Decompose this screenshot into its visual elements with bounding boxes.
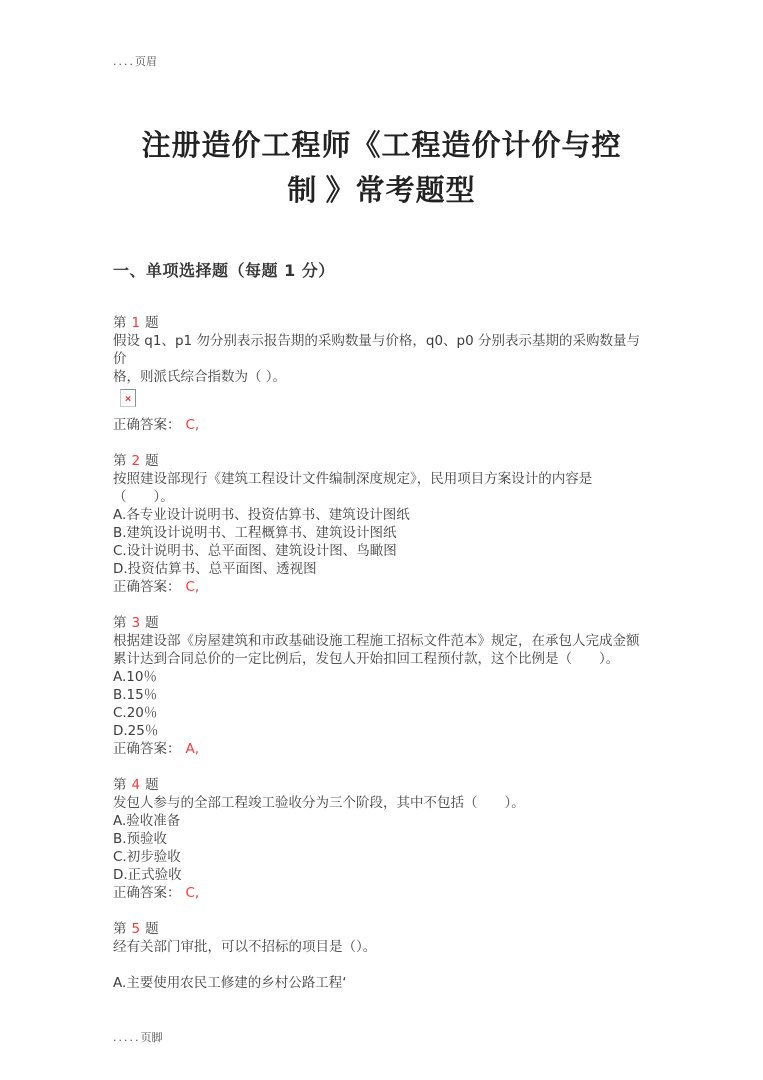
question-prefix: 第 <box>113 777 127 793</box>
blank-line <box>113 956 650 974</box>
question-number: 5 <box>132 921 141 937</box>
answer-value: C, <box>186 885 200 901</box>
page-title-line1: 注册造价工程师《工程造价计价与控 <box>113 124 650 169</box>
document-page: ....页眉 注册造价工程师《工程造价计价与控 制 》常考题型 一、单项选择题（… <box>0 0 763 1080</box>
question-option: C.20％ <box>113 704 650 722</box>
footer-label: 页脚 <box>140 1031 162 1044</box>
question-prefix: 第 <box>113 615 127 631</box>
question-suffix: 题 <box>145 921 159 937</box>
broken-image-icon: × <box>120 389 136 407</box>
question-option: C.设计说明书、总平面图、建筑设计图、鸟瞰图 <box>113 542 650 560</box>
question-number-label: 第5题 <box>113 920 650 938</box>
question-number-label: 第1题 <box>113 314 650 332</box>
question-block: 第3题根据建设部《房屋建筑和市政基础设施工程施工招标文件范本》规定，在承包人完成… <box>113 614 650 758</box>
question-option: A.验收准备 <box>113 812 650 830</box>
answer-line: 正确答案：C, <box>113 416 650 434</box>
questions-list: 第1题假设 q1、p1 勿分别表示报告期的采购数量与价格，q0、p0 分别表示基… <box>113 314 650 992</box>
question-text-line: 发包人参与的全部工程竣工验收分为三个阶段，其中不包括（ ）。 <box>113 794 650 812</box>
answer-line: 正确答案：C, <box>113 884 650 902</box>
question-block: 第4题发包人参与的全部工程竣工验收分为三个阶段，其中不包括（ ）。A.验收准备B… <box>113 776 650 902</box>
question-option: A.各专业设计说明书、投资估算书、建筑设计图纸 <box>113 506 650 524</box>
question-text-line: 根据建设部《房屋建筑和市政基础设施工程施工招标文件范本》规定，在承包人完成金额 <box>113 632 650 650</box>
question-number-label: 第2题 <box>113 452 650 470</box>
question-text-line: 假设 q1、p1 勿分别表示报告期的采购数量与价格，q0、p0 分别表示基期的采… <box>113 332 650 368</box>
question-prefix: 第 <box>113 453 127 469</box>
question-suffix: 题 <box>145 315 159 331</box>
question-suffix: 题 <box>145 777 159 793</box>
footer-dots: ..... <box>113 1031 140 1044</box>
question-block: 第2题按照建设部现行《建筑工程设计文件编制深度规定》，民用项目方案设计的内容是（… <box>113 452 650 596</box>
question-number: 3 <box>132 615 141 631</box>
page-title: 注册造价工程师《工程造价计价与控 制 》常考题型 <box>113 124 650 214</box>
page-title-line2: 制 》常考题型 <box>113 169 650 214</box>
question-prefix: 第 <box>113 921 127 937</box>
question-option: D.25％ <box>113 722 650 740</box>
answer-value: C, <box>186 417 200 433</box>
answer-label: 正确答案： <box>113 417 181 433</box>
question-text-line: 经有关部门审批，可以不招标的项目是（）。 <box>113 938 650 956</box>
question-number-label: 第4题 <box>113 776 650 794</box>
page-header-marker: ....页眉 <box>113 55 650 68</box>
question-option: C.初步验收 <box>113 848 650 866</box>
question-option: A.主要使用农民工修建的乡村公路工程‘ <box>113 974 650 992</box>
question-option: B.15％ <box>113 686 650 704</box>
question-suffix: 题 <box>145 615 159 631</box>
header-label: 页眉 <box>135 55 157 68</box>
header-dots: .... <box>113 55 135 68</box>
answer-label: 正确答案： <box>113 885 181 901</box>
question-text-line: 累计达到合同总价的一定比例后，发包人开始扣回工程预付款，这个比例是（ ）。 <box>113 650 650 668</box>
page-footer-marker: .....页脚 <box>113 1031 650 1044</box>
question-block: 第5题经有关部门审批，可以不招标的项目是（）。A.主要使用农民工修建的乡村公路工… <box>113 920 650 992</box>
question-number-label: 第3题 <box>113 614 650 632</box>
question-option: D.投资估算书、总平面图、透视图 <box>113 560 650 578</box>
question-option: B.预验收 <box>113 830 650 848</box>
question-text-line: （ ）。 <box>113 488 650 506</box>
answer-line: 正确答案：C, <box>113 578 650 596</box>
question-number: 4 <box>132 777 141 793</box>
answer-label: 正确答案： <box>113 579 181 595</box>
question-option: A.10％ <box>113 668 650 686</box>
question-option: D.正式验收 <box>113 866 650 884</box>
question-option: B.建筑设计说明书、工程概算书、建筑设计图纸 <box>113 524 650 542</box>
answer-label: 正确答案： <box>113 741 181 757</box>
question-block: 第1题假设 q1、p1 勿分别表示报告期的采购数量与价格，q0、p0 分别表示基… <box>113 314 650 434</box>
question-suffix: 题 <box>145 453 159 469</box>
broken-image-x-glyph: × <box>125 393 132 404</box>
answer-value: C, <box>186 579 200 595</box>
section-heading: 一、单项选择题（每题 1 分） <box>113 258 650 281</box>
question-text-line: 格，则派氏综合指数为（ ）。 <box>113 368 650 386</box>
question-prefix: 第 <box>113 315 127 331</box>
question-number: 2 <box>132 453 141 469</box>
answer-value: A, <box>186 741 200 757</box>
answer-line: 正确答案：A, <box>113 740 650 758</box>
question-number: 1 <box>132 315 141 331</box>
question-text-line: 按照建设部现行《建筑工程设计文件编制深度规定》，民用项目方案设计的内容是 <box>113 470 650 488</box>
